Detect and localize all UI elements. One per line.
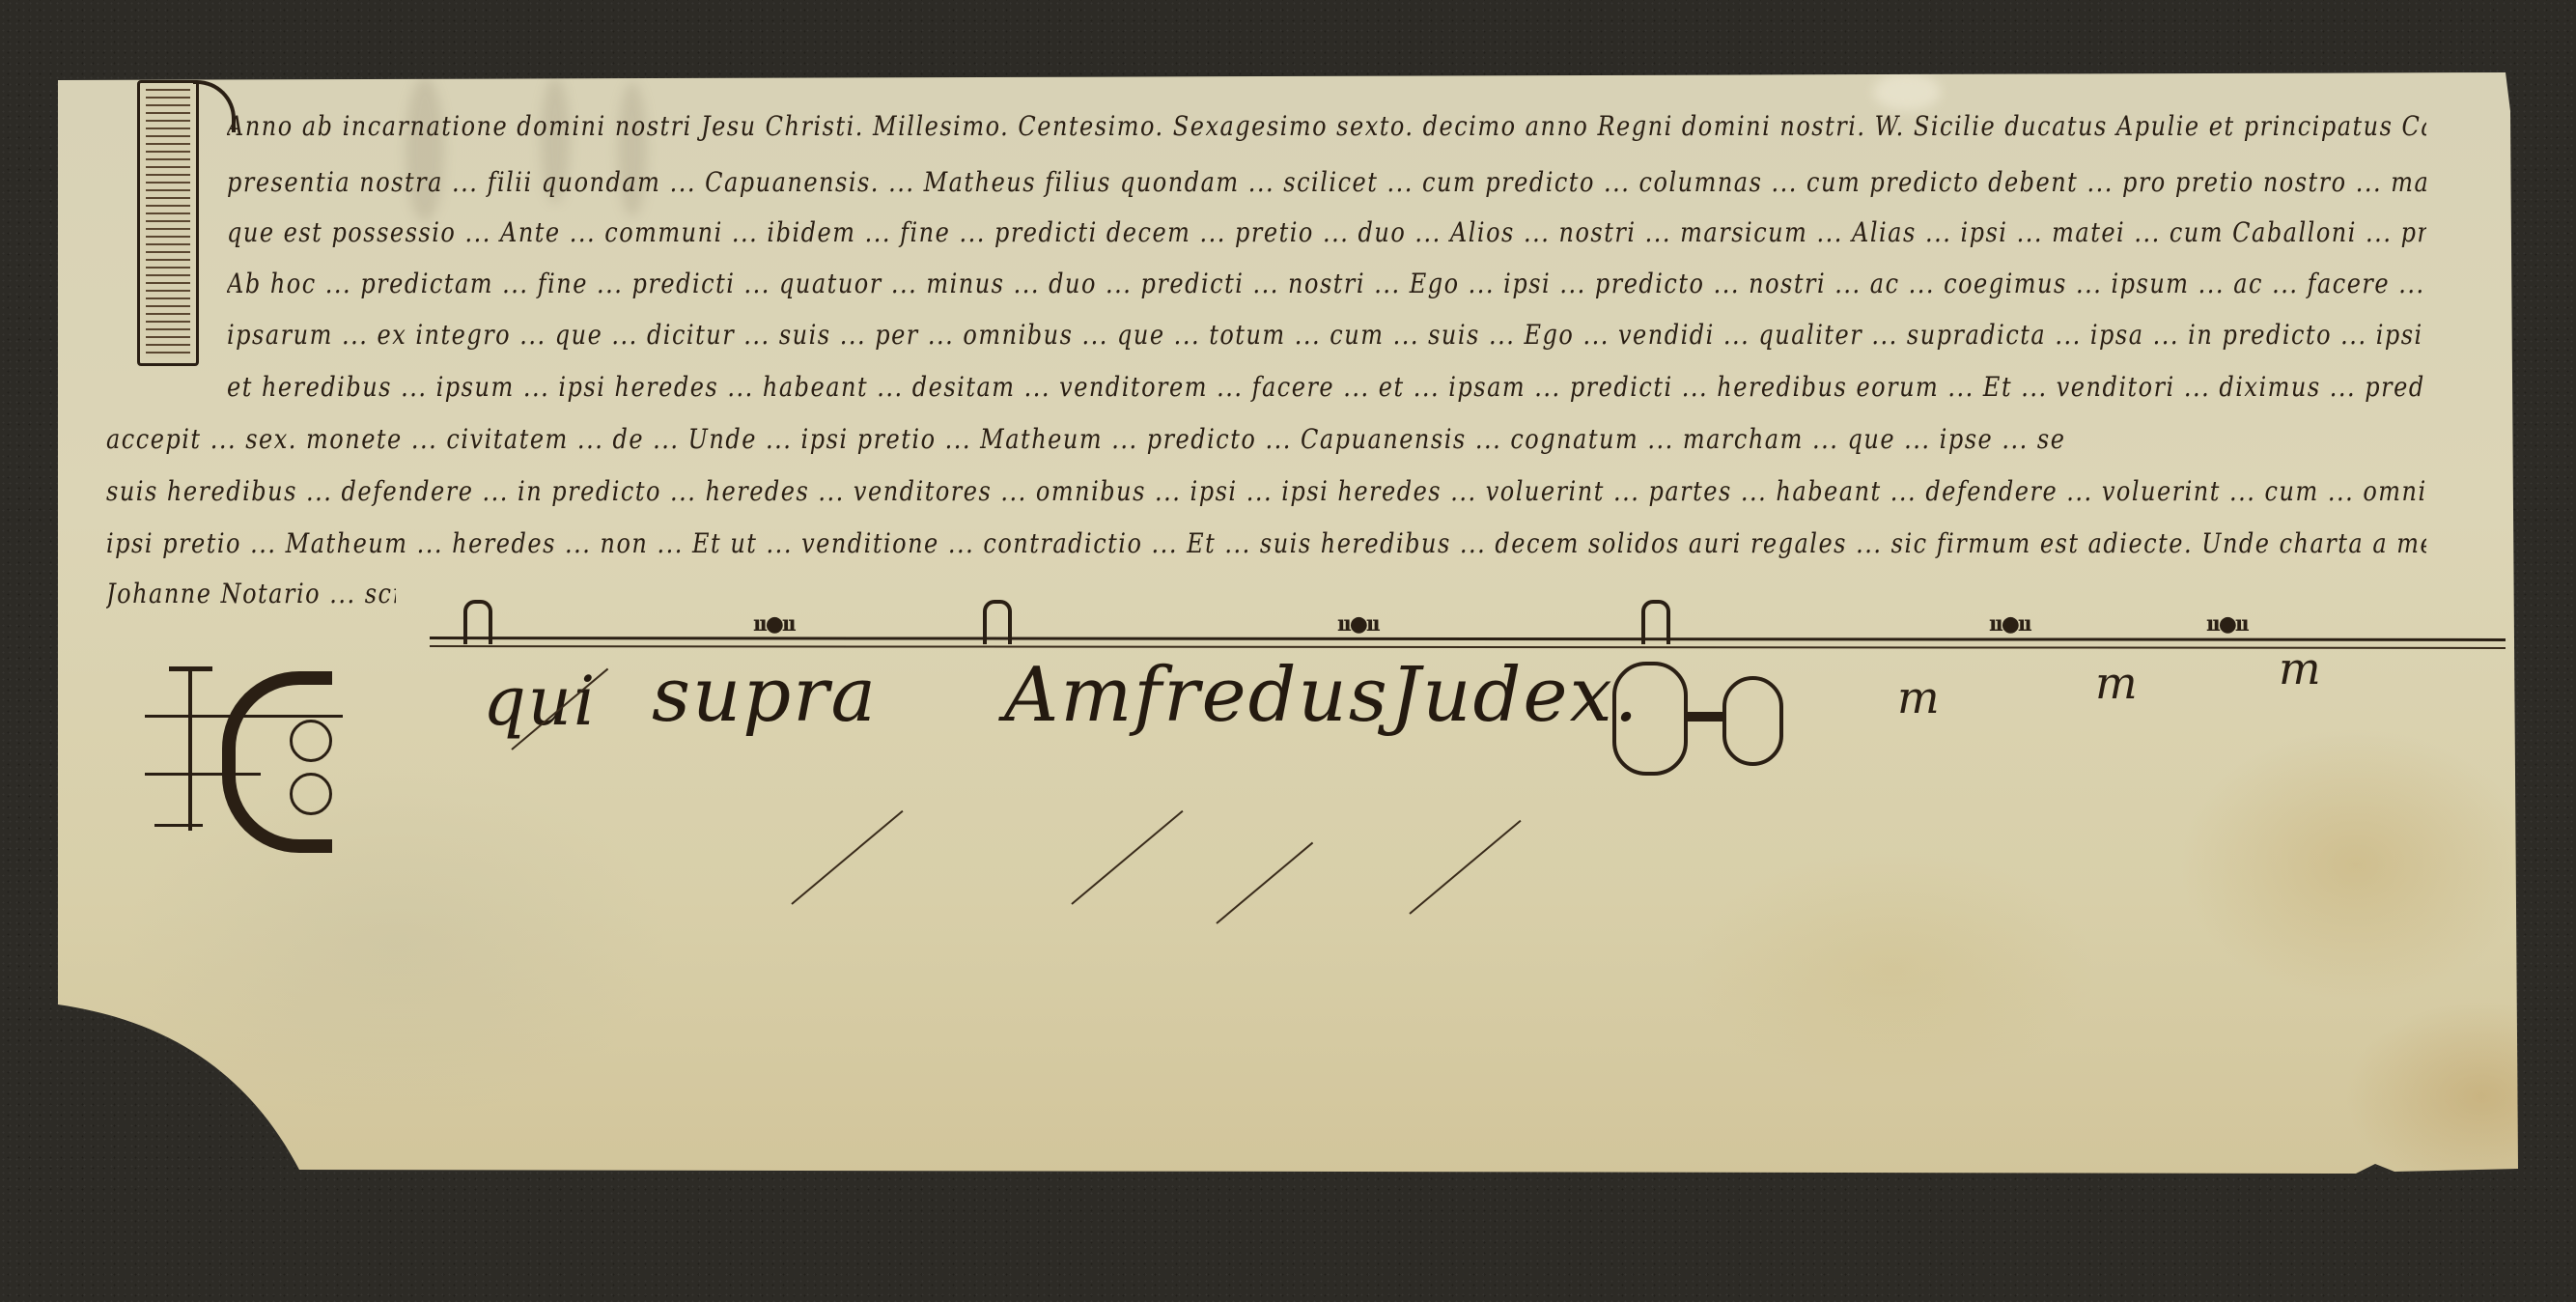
signature-word: Amfredus [1004, 652, 1389, 739]
text-line-9: ipsi pretio ... Matheum ... heredes ... … [106, 528, 2426, 559]
flourish-mark: m [2095, 657, 2138, 709]
tick-mark-icon: ıı●ıı [1337, 611, 1379, 637]
parchment-sheet: Anno ab incarnatione domini nostri Jesu … [58, 72, 2518, 1174]
water-stain [406, 77, 444, 222]
text-line-4: Ab hoc ... predictam ... fine ... predic… [227, 269, 2426, 299]
text-line-2: presentia nostra ... filii quondam ... C… [227, 167, 2426, 198]
flourish-mark: m [2279, 642, 2321, 694]
signature-stroke [1216, 842, 1313, 924]
tick-mark-icon: ıı●ıı [2206, 611, 2248, 637]
flourish-mark: m [1897, 671, 1940, 723]
text-line-5: ipsarum ... ex integro ... que ... dicit… [227, 320, 2426, 351]
knot-device-icon [1722, 676, 1783, 766]
arch-mark-icon [463, 600, 492, 644]
text-line-6: et heredibus ... ipsum ... ipsi heredes … [227, 372, 2426, 403]
text-line-7: accepit ... sex. monete ... civitatem ..… [106, 424, 2426, 455]
signature-stroke [1071, 810, 1183, 905]
text-line-8: suis heredibus ... defendere ... in pred… [106, 476, 2426, 507]
text-line-3: que est possessio ... Ante ... communi .… [227, 217, 2426, 248]
arch-mark-icon [1641, 600, 1670, 644]
signature-stroke [1409, 820, 1521, 915]
decorated-initial-i [137, 80, 199, 366]
knot-bar [1684, 712, 1722, 722]
signature-word: qui [483, 662, 597, 741]
tick-mark-icon: ıı●ıı [1989, 611, 2030, 637]
worn-spot [1873, 72, 1941, 111]
signature-rule [430, 637, 2506, 649]
arch-mark-icon [983, 600, 1012, 644]
signature-word: Judex. [1390, 652, 1639, 739]
text-line-10: Johanne Notario ... scripta iussi. [106, 579, 396, 609]
tick-mark-icon: ıı●ıı [753, 611, 795, 637]
signature-stroke [791, 810, 903, 905]
notary-monogram [145, 662, 348, 835]
signature-word: supra [652, 652, 878, 739]
text-line-1: Anno ab incarnatione domini nostri Jesu … [227, 111, 2426, 142]
knot-device-icon [1612, 662, 1688, 776]
